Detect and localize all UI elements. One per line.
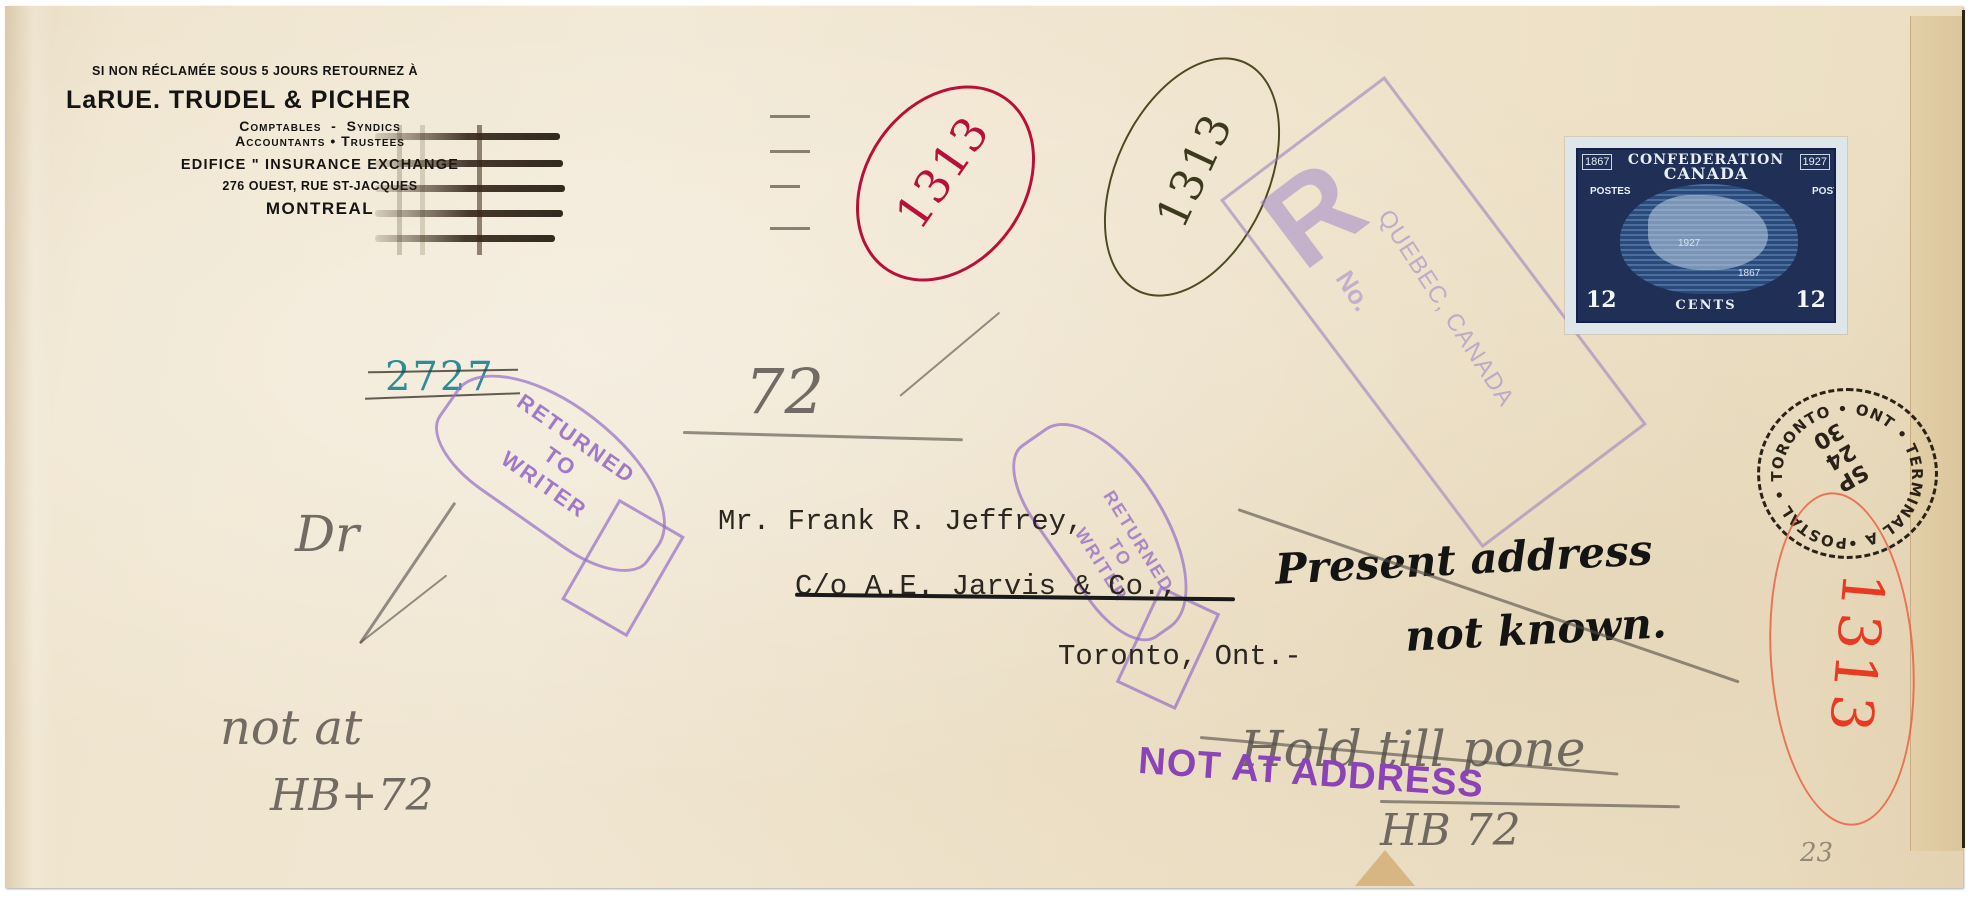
envelope-edge — [1962, 10, 1965, 848]
stamp-year-left: 1867 — [1582, 154, 1612, 170]
stamp-value-left: 12 — [1586, 287, 1617, 313]
stamp-map-year-1: 1927 — [1678, 238, 1700, 249]
recipient-name: Mr. Frank R. Jeffrey, — [718, 505, 1083, 538]
firm-name-rest: RUE. TRUDEL & PICHER — [97, 86, 411, 114]
left-fold-shading — [5, 6, 53, 888]
stamp-title-country: CANADA — [1618, 167, 1794, 181]
pencil-hb-72: HB+72 — [270, 770, 434, 821]
stamp-year-right: 1927 — [1800, 154, 1830, 170]
pencil-72: 72 — [745, 355, 824, 428]
pencil-dr: Dr — [295, 505, 359, 563]
faint-cancel-marks — [770, 105, 830, 245]
pencil-not-at: not at — [220, 700, 362, 756]
recipient-city: Toronto, Ont.- — [1058, 640, 1302, 673]
postage-stamp: 1867 1927 CONFEDERATION CANADA POSTES PO… — [1565, 137, 1847, 334]
stamp-design: 1867 1927 CONFEDERATION CANADA POSTES PO… — [1576, 148, 1836, 323]
stamp-map-year-2: 1867 — [1738, 268, 1760, 279]
return-notice: SI NON RÉCLAMÉE SOUS 5 JOURS RETOURNEZ À — [92, 64, 580, 78]
stamp-denomination: CENTS — [1658, 298, 1754, 313]
orange-oval-number: 1313 — [1816, 570, 1898, 739]
machine-cancel — [375, 125, 565, 255]
pencil-corner-number: 23 — [1800, 838, 1833, 868]
paper-stain — [1355, 850, 1415, 886]
pencil-hb-72-second: HB 72 — [1380, 805, 1521, 856]
stamp-title: CONFEDERATION CANADA — [1618, 153, 1794, 181]
firm-name: LaRUE. TRUDEL & PICHER — [66, 86, 580, 115]
stamp-value-right: 12 — [1795, 287, 1826, 313]
stamp-side-right: POST — [1812, 186, 1822, 197]
stamp-side-left: POSTES — [1590, 186, 1600, 197]
firm-name-prefix: La — [66, 86, 97, 114]
